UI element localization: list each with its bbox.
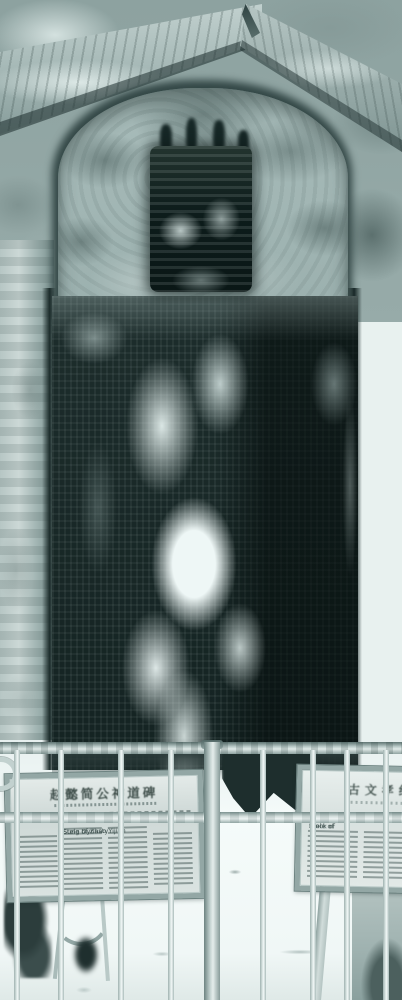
- railing-bar: [168, 750, 174, 1000]
- railing-bar: [118, 750, 124, 1000]
- railing-bar: [260, 750, 266, 1000]
- railing-bar: [383, 750, 389, 1000]
- stele-title-panel: [150, 146, 252, 292]
- stele-photograph: 赵懿简公神道碑 Stele of Zhao Yijian Sung Dynast…: [0, 0, 402, 1000]
- left-info-placard: 赵懿简公神道碑 Stele of Zhao Yijian Sung Dynast…: [5, 770, 206, 902]
- railing-bar: [14, 750, 20, 1000]
- stele-body-inscription: [52, 296, 358, 770]
- left-placard-english-heading-2: Sung Dynasty: [63, 827, 108, 836]
- background-right-panel: [352, 874, 402, 1000]
- railing-bar: [58, 750, 64, 1000]
- text-column: [108, 826, 148, 889]
- railing-bar: [310, 750, 316, 1000]
- text-column: [63, 827, 103, 890]
- railing-bar: [344, 750, 350, 1000]
- stool-shadow: [72, 934, 100, 980]
- railing-main-post: [204, 742, 220, 1000]
- right-placard-subtitle-line: [346, 801, 402, 805]
- text-column: [18, 835, 58, 891]
- right-placard-title: 古文孝经: [348, 781, 402, 799]
